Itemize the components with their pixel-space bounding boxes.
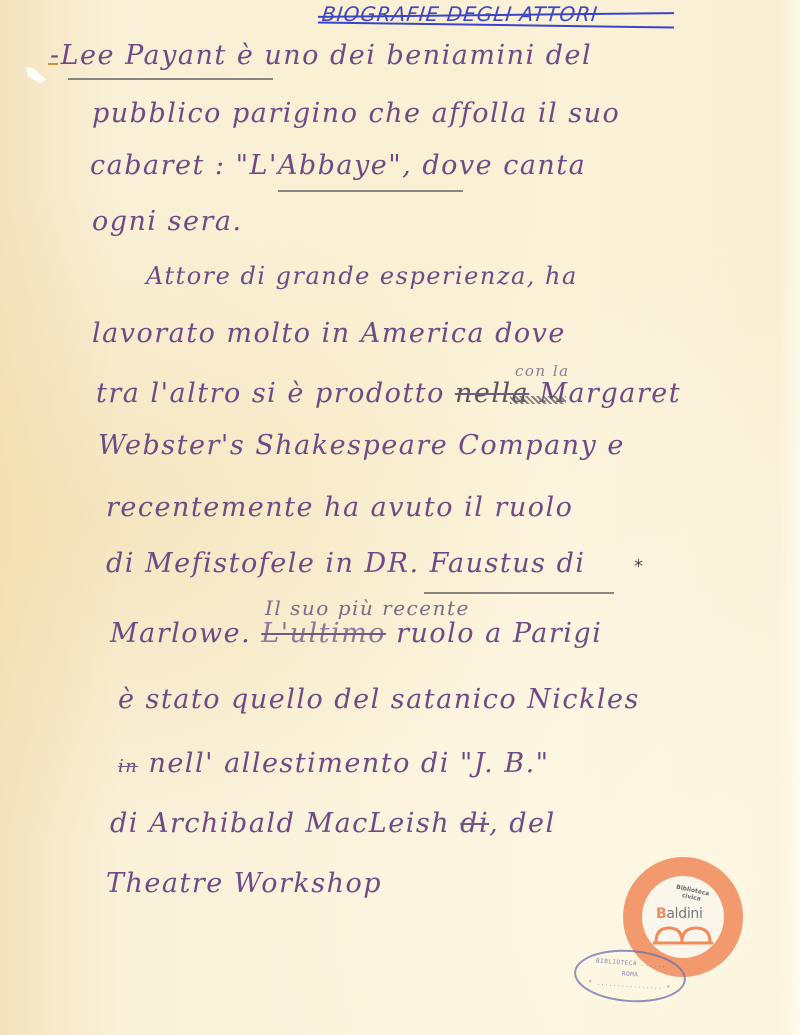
line-12: è stato quello del satanico Nickles <box>118 684 640 715</box>
struck-word: L'ultimo <box>261 618 386 649</box>
line-text: di <box>546 548 585 579</box>
sticker-name-rest: aldini <box>666 906 702 922</box>
line-5: Attore di grande esperienza, ha <box>146 262 578 290</box>
line-15: Theatre Workshop <box>106 868 382 899</box>
line-14: di Archibald MacLeish di, del <box>110 808 556 839</box>
asterisk-mark: * <box>634 556 643 577</box>
scribble-out <box>510 396 566 404</box>
line-text: cabaret : " <box>90 150 250 181</box>
play-underline <box>424 592 614 594</box>
open-book-icon <box>652 924 714 946</box>
line-13: in nell' allestimento di "J. B." <box>118 748 550 779</box>
line-text: Margaret <box>529 378 681 409</box>
line-text: ", dove canta <box>388 150 586 181</box>
line-3: cabaret : "L'Abbaye", dove canta <box>90 150 586 181</box>
line-9: recentemente ha avuto il ruolo <box>106 492 573 523</box>
line-text: nell' allestimento di "J. B." <box>138 748 549 779</box>
dash: - <box>50 40 61 71</box>
line-text: è uno dei beniamini del <box>227 40 592 71</box>
line-text: tra l'altro si è prodotto <box>96 378 455 409</box>
sticker-caption: Biblioteca civica <box>674 884 710 905</box>
cabaret-name: L'Abbaye <box>250 150 389 181</box>
line-7: tra l'altro si è prodotto nella Margaret <box>96 378 681 409</box>
name-underline <box>68 78 273 80</box>
actor-name: Lee Payant <box>61 40 227 71</box>
line-8: Webster's Shakespeare Company e <box>98 430 625 461</box>
line-11: Marlowe. L'ultimo ruolo a Parigi <box>110 618 602 649</box>
line-text: ruolo a Parigi <box>386 618 602 649</box>
paper-edge <box>778 0 800 1035</box>
line-1: -Lee Payant è uno dei beniamini del <box>50 40 592 71</box>
line-6: lavorato molto in America dove <box>92 318 566 349</box>
insertion-il-suo-piu-recente: Il suo più recente <box>265 596 470 620</box>
manuscript-page: BIOGRAFIE DEGLI ATTORI -Lee Payant è uno… <box>0 0 800 1035</box>
line-text: di Archibald MacLeish <box>110 808 460 839</box>
line-text: di Mefistofele in <box>106 548 365 579</box>
play-title: DR. Faustus <box>365 548 547 579</box>
line-4: ogni sera. <box>92 206 243 237</box>
sticker-center: Biblioteca civica Baldini <box>642 876 724 958</box>
cabaret-underline <box>278 190 463 192</box>
struck-word: in <box>118 756 138 777</box>
line-2: pubblico parigino che affolla il suo <box>92 98 620 129</box>
line-text: Marlowe. <box>110 618 261 649</box>
paper-tear <box>26 67 46 83</box>
line-text: , del <box>489 808 556 839</box>
struck-word: di <box>460 808 489 839</box>
sticker-name: Baldini <box>656 906 703 922</box>
struck-word: nella <box>455 378 529 409</box>
line-10: di Mefistofele in DR. Faustus di <box>106 548 586 579</box>
sticker-name-initial: B <box>656 906 666 922</box>
